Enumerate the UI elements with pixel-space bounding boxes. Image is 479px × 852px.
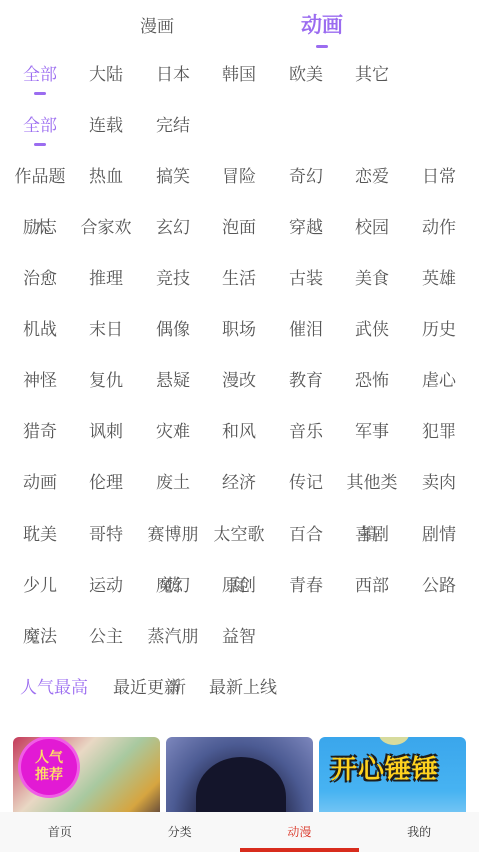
genre-item[interactable]: 偶像 [156,318,190,342]
genre-item[interactable]: 美食 [355,267,389,291]
genre-row: 少儿 运动 魔幻萌 原创腐 青春 西部 公路 [0,574,479,614]
genre-item[interactable]: 动作 [422,216,456,240]
genre-item[interactable]: 校园 [355,216,389,240]
genre-item[interactable]: 推理 [89,267,123,291]
genre-item[interactable]: 原创腐 [222,574,256,598]
genre-item[interactable]: 剧情 [422,523,456,547]
genre-item[interactable]: 耽美 [23,523,57,547]
genre-item[interactable]: 搞笑 [156,165,190,189]
overlapped-label: 魔幻萌 [156,574,190,598]
active-nav-indicator [240,848,360,852]
genre-item[interactable]: 经济 [222,471,256,495]
overlap-glyph: 新 [169,676,186,700]
region-other[interactable]: 其它 [355,63,389,87]
genre-item[interactable]: 教育 [289,369,323,393]
genre-item[interactable]: 太空歌 [214,523,265,547]
genre-item[interactable]: 运动 [89,574,123,598]
status-ongoing[interactable]: 连载 [89,114,123,138]
bottom-nav: 首页 分类 动漫 我的 [0,812,479,852]
nav-category[interactable]: 分类 [120,812,240,852]
genre-item[interactable]: 少儿 [23,574,57,598]
genre-item[interactable]: 机战 [23,318,57,342]
active-indicator [34,143,46,146]
genre-item[interactable]: 悬疑 [156,369,190,393]
genre-item[interactable]: 喜剧搞 [355,523,389,547]
genre-item[interactable]: 历史 [422,318,456,342]
genre-item[interactable]: 英雄 [422,267,456,291]
genre-item[interactable]: 玄幻 [156,216,190,240]
active-indicator [34,92,46,95]
genre-item[interactable]: 猎奇 [23,420,57,444]
status-completed[interactable]: 完结 [156,114,190,138]
genre-item[interactable]: 武侠 [355,318,389,342]
genre-item[interactable]: 末日 [89,318,123,342]
genre-item[interactable]: 冒险 [222,165,256,189]
tab-anime-label: 动画 [301,13,343,37]
top-tabs: 漫画 动画 [0,0,479,50]
sort-row: 人气最高 最近更新新 最新上线 [0,676,479,716]
overlapped-label: 励志木 [23,216,57,240]
genre-item[interactable]: 音乐 [289,420,323,444]
genre-item[interactable]: 卖肉 [422,471,456,495]
genre-row: 作品题 热血 搞笑 冒险 奇幻 恋爱 日常 [0,165,479,205]
genre-item[interactable]: 古装 [289,267,323,291]
nav-mine[interactable]: 我的 [359,812,479,852]
genre-item[interactable]: 哥特 [89,523,123,547]
genre-item[interactable]: 生活 [222,267,256,291]
overlap-glyph: 搞 [361,523,378,547]
nav-home[interactable]: 首页 [0,812,120,852]
genre-item[interactable]: 穿越 [289,216,323,240]
active-tab-indicator [316,45,328,48]
genre-item[interactable]: 伦理 [89,471,123,495]
genre-item[interactable]: 传记 [289,471,323,495]
overlap-glyph: 萌 [164,574,181,598]
genre-row: 机战 末日 偶像 职场 催泪 武侠 历史 [0,318,479,358]
genre-item[interactable]: 催泪 [289,318,323,342]
genre-item[interactable]: 灾难 [156,420,190,444]
genre-item[interactable]: 蒸汽朋 [148,625,199,649]
genre-row: 魔法 公主 蒸汽朋 益智 [0,625,479,665]
region-western[interactable]: 欧美 [289,63,323,87]
region-filter-row: 全部 大陆 日本 韩国 欧美 其它 [0,63,479,103]
overlap-glyph: 腐 [229,574,246,598]
status-filter-row: 全部 连载 完结 [0,114,479,154]
cover-art-sun [379,737,409,745]
genre-item[interactable]: 军事 [355,420,389,444]
genre-item[interactable]: 讽刺 [89,420,123,444]
genre-item[interactable]: 公路 [422,574,456,598]
genre-item[interactable]: 恐怖 [355,369,389,393]
genre-item[interactable]: 奇幻 [289,165,323,189]
overlapped-label: 喜剧搞 [355,523,389,547]
genre-item[interactable]: 漫改 [222,369,256,393]
region-mainland[interactable]: 大陆 [89,63,123,87]
genre-item[interactable]: 治愈 [23,267,57,291]
genre-item[interactable]: 泡面 [222,216,256,240]
tab-manga[interactable]: 漫画 [140,12,174,37]
region-all-label: 全部 [23,65,57,85]
genre-item[interactable]: 日常 [422,165,456,189]
genre-item[interactable]: 赛博朋 [148,523,199,547]
tab-anime[interactable]: 动画 [301,9,343,39]
genre-item[interactable]: 神怪 [23,369,57,393]
genre-row: 治愈 推理 竞技 生活 古装 美食 英雄 [0,267,479,307]
genre-item[interactable]: 魔法 [23,625,57,649]
genre-item[interactable]: 竞技 [156,267,190,291]
status-all[interactable]: 全部 [23,114,57,138]
overlap-glyph: 木 [33,216,50,240]
genre-row: 励志木 合家欢 玄幻 泡面 穿越 校园 动作 [0,216,479,256]
genre-item[interactable]: 和风 [222,420,256,444]
sort-popular[interactable]: 人气最高 [20,676,88,700]
cover-title-art: 开心锤锤 [331,749,439,786]
sort-recent-update[interactable]: 最近更新新 [113,676,181,700]
genre-item[interactable]: 热血 [89,165,123,189]
genre-item[interactable]: 其他类 [347,471,398,495]
region-all[interactable]: 全部 [23,63,57,87]
genre-row: 猎奇 讽刺 灾难 和风 音乐 军事 犯罪 [0,420,479,460]
anime-list: 人气推荐 开心锤锤 [0,737,479,812]
genre-item[interactable]: 动画 [23,471,57,495]
genre-row: 动画 伦理 废土 经济 传记 其他类 卖肉 [0,471,479,511]
genre-row: 神怪 复仇 悬疑 漫改 教育 恐怖 虐心 [0,369,479,409]
status-all-label: 全部 [23,116,57,136]
genre-item[interactable]: 魔幻萌 [156,574,190,598]
genre-item[interactable]: 作品题 [15,165,66,189]
genre-item[interactable]: 西部 [355,574,389,598]
popular-recommend-badge: 人气推荐 [21,739,77,795]
genre-item[interactable]: 百合 [289,523,323,547]
genre-row: 耽美 哥特 赛博朋 太空歌 百合 喜剧搞 剧情 [0,523,479,563]
genre-item[interactable]: 复仇 [89,369,123,393]
genre-item[interactable]: 职场 [222,318,256,342]
genre-item[interactable]: 公主 [89,625,123,649]
genre-item[interactable]: 恋爱 [355,165,389,189]
nav-anime[interactable]: 动漫 [240,812,360,852]
genre-item[interactable]: 犯罪 [422,420,456,444]
region-korea[interactable]: 韩国 [222,63,256,87]
nav-anime-label: 动漫 [287,825,311,839]
genre-item[interactable]: 合家欢 [81,216,132,240]
genre-item[interactable]: 废土 [156,471,190,495]
genre-item[interactable]: 虐心 [422,369,456,393]
overlapped-label: 最近更新新 [113,676,181,700]
genre-item[interactable]: 青春 [289,574,323,598]
region-japan[interactable]: 日本 [156,63,190,87]
overlapped-label: 原创腐 [222,574,256,598]
sort-newest[interactable]: 最新上线 [209,676,277,700]
badge-text: 人气推荐 [32,750,66,784]
genre-item[interactable]: 益智 [222,625,256,649]
genre-item[interactable]: 励志木 [23,216,57,240]
